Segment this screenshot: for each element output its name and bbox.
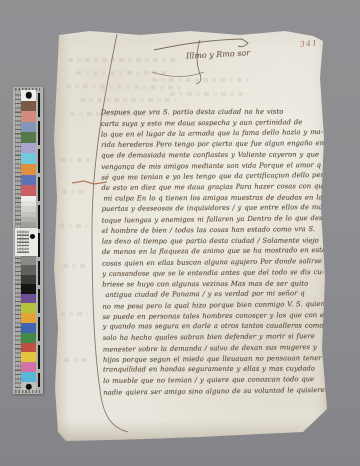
- calibration-color-patch: [21, 303, 36, 313]
- calibration-color-patch: [21, 153, 36, 164]
- calibration-label: [15, 228, 38, 256]
- calibration-color-patch: [21, 143, 36, 154]
- calibration-color-patch: [21, 101, 36, 112]
- calibration-gray-ramp-light: [21, 196, 36, 228]
- heading-inscription: Illmo y Rmo sor: [186, 48, 250, 60]
- calibration-color-patch: [21, 284, 36, 294]
- calibration-color-patch: [21, 294, 36, 304]
- manuscript-text: Despues que vra S. partio desta ciudad n…: [101, 107, 328, 398]
- calibration-gray-ramp-dark: [21, 256, 36, 294]
- calibration-color-patch: [21, 333, 36, 343]
- calibration-color-patches-bottom: [21, 294, 36, 382]
- manuscript-line: y cansandose que se le entendia antes qu…: [102, 268, 326, 281]
- calibration-color-patch: [21, 362, 36, 372]
- calibration-color-patch: [21, 111, 36, 122]
- manuscript-line: nadie quiera ser amigo sino alguno de su…: [103, 386, 327, 399]
- calibration-color-patch: [21, 352, 36, 362]
- calibration-label-fineprint: [17, 230, 29, 253]
- calibration-color-patch: [21, 132, 36, 143]
- calibration-color-patch: [21, 185, 36, 196]
- calibration-color-patch: [21, 164, 36, 175]
- calibration-color-patch: [21, 372, 36, 382]
- calibration-color-patch: [21, 323, 36, 333]
- calibration-color-patches-top: [21, 101, 36, 196]
- calibration-color-patch: [21, 175, 36, 186]
- calibration-color-patch: [21, 343, 36, 353]
- calibration-color-patch: [21, 256, 36, 266]
- photo-stage: Illmo y Rmo sor 341 Despues que vra S. p…: [0, 0, 360, 466]
- folio-number: 341: [299, 38, 318, 48]
- calibration-black-stripe: [38, 93, 41, 387]
- color-calibration-strip: [13, 87, 43, 394]
- calibration-caption-bottom: [15, 390, 40, 393]
- calibration-color-patch: [21, 275, 36, 285]
- calibration-color-patch: [21, 313, 36, 323]
- calibration-registration-dot-top: [21, 90, 36, 101]
- calibration-color-patch: [21, 265, 36, 275]
- manuscript-page: Illmo y Rmo sor 341 Despues que vra S. p…: [50, 28, 332, 444]
- black-dot-icon: [30, 234, 35, 239]
- calibration-color-patch: [21, 122, 36, 133]
- black-dot-icon: [25, 92, 31, 98]
